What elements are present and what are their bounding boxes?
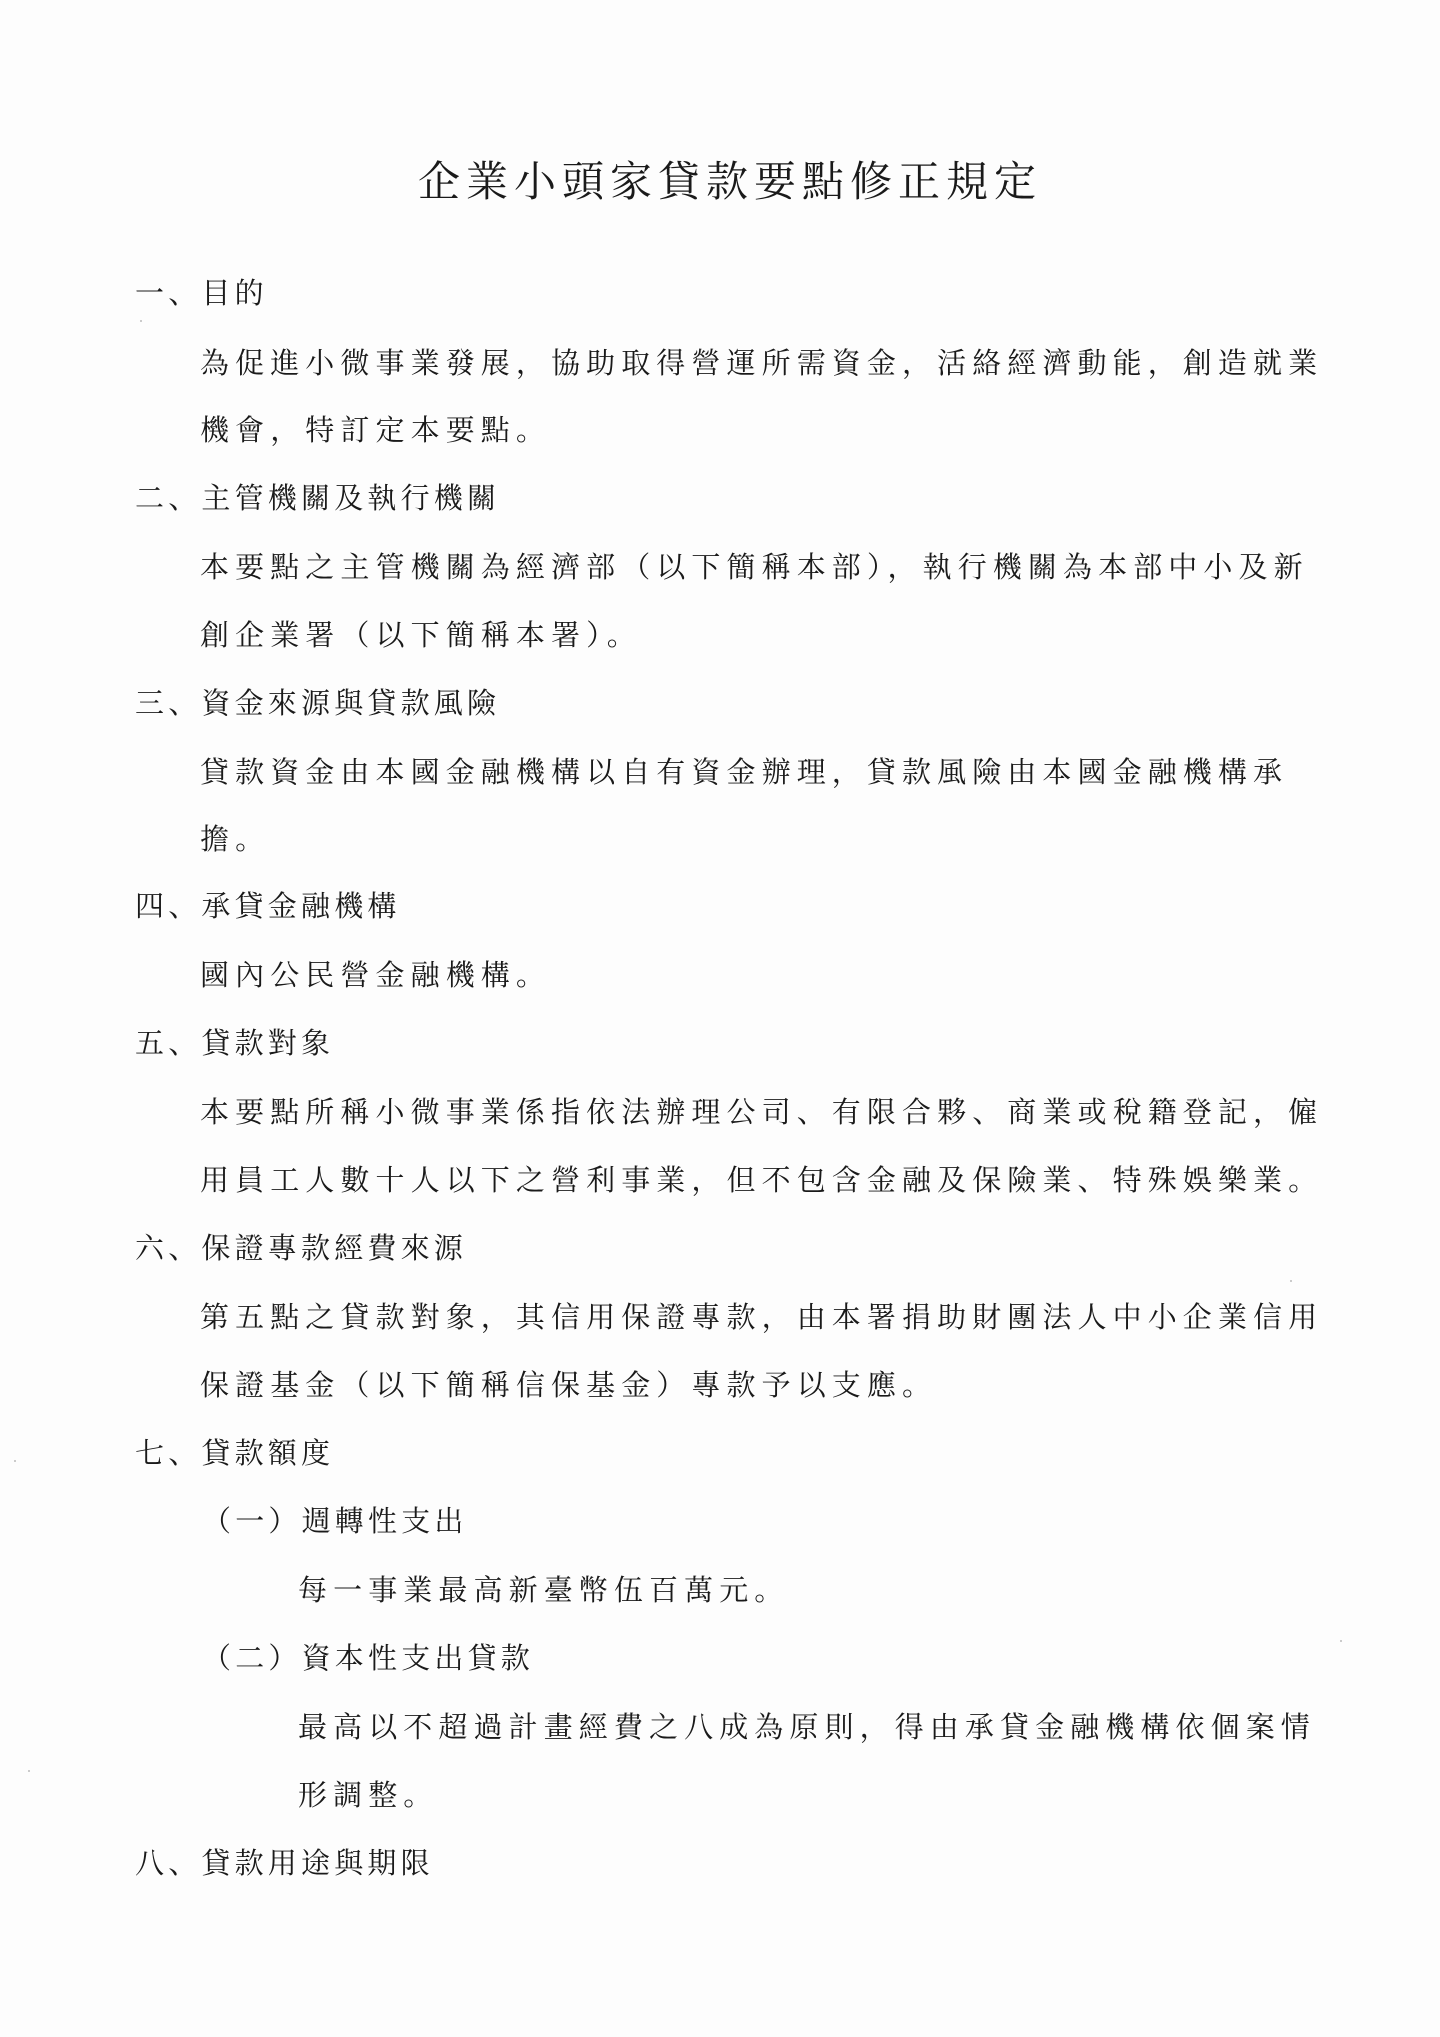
- subitem-7-1-line-1: 每一事業最高新臺幣伍百萬元。: [298, 1570, 789, 1610]
- section-heading-3: 三、資金來源與貸款風險: [135, 683, 500, 723]
- section-6-line-2: 保證基金（以下簡稱信保基金）專款予以支應。: [200, 1365, 937, 1405]
- section-heading-6: 六、保證專款經費來源: [135, 1228, 467, 1268]
- section-2-line-2: 創企業署（以下簡稱本署）。: [200, 615, 642, 655]
- scan-speck: [28, 1770, 30, 1772]
- section-heading-1: 一、目的: [135, 273, 268, 313]
- section-heading-2: 二、主管機關及執行機關: [135, 478, 500, 518]
- document-page: 企業小頭家貸款要點修正規定 一、目的 為促進小微事業發展，協助取得營運所需資金，…: [0, 0, 1440, 2037]
- section-1-line-1: 為促進小微事業發展，協助取得營運所需資金，活絡經濟動能，創造就業: [200, 343, 1323, 383]
- section-6-line-1: 第五點之貸款對象，其信用保證專款，由本署捐助財團法人中小企業信用: [200, 1297, 1323, 1337]
- scan-speck: [14, 1460, 16, 1462]
- section-5-line-1: 本要點所稱小微事業係指依法辦理公司、有限合夥、商業或稅籍登記，僱: [200, 1092, 1323, 1132]
- section-5-line-2: 用員工人數十人以下之營利事業，但不包含金融及保險業、特殊娛樂業。: [200, 1160, 1323, 1200]
- subitem-7-2-line-1: 最高以不超過計畫經費之八成為原則，得由承貸金融機構依個案情: [298, 1707, 1316, 1747]
- subitem-7-2-line-2: 形調整。: [298, 1775, 438, 1815]
- scan-speck: [140, 320, 142, 322]
- section-heading-8: 八、貸款用途與期限: [135, 1843, 434, 1883]
- scan-speck: [1290, 1280, 1292, 1282]
- section-1-line-2: 機會，特訂定本要點。: [200, 410, 551, 450]
- subitem-heading-7-2: （二）資本性支出貸款: [202, 1638, 534, 1678]
- document-title: 企業小頭家貸款要點修正規定: [0, 152, 1440, 212]
- section-heading-5: 五、貸款對象: [135, 1023, 334, 1063]
- scan-speck: [1340, 1640, 1342, 1642]
- section-3-line-2: 擔。: [200, 819, 270, 859]
- section-heading-4: 四、承貸金融機構: [135, 886, 401, 926]
- section-4-line-1: 國內公民營金融機構。: [200, 955, 551, 995]
- section-heading-7: 七、貸款額度: [135, 1433, 334, 1473]
- section-3-line-1: 貸款資金由本國金融機構以自有資金辦理，貸款風險由本國金融機構承: [200, 752, 1288, 792]
- section-2-line-1: 本要點之主管機關為經濟部（以下簡稱本部），執行機關為本部中小及新: [200, 547, 1309, 587]
- subitem-heading-7-1: （一）週轉性支出: [202, 1501, 468, 1541]
